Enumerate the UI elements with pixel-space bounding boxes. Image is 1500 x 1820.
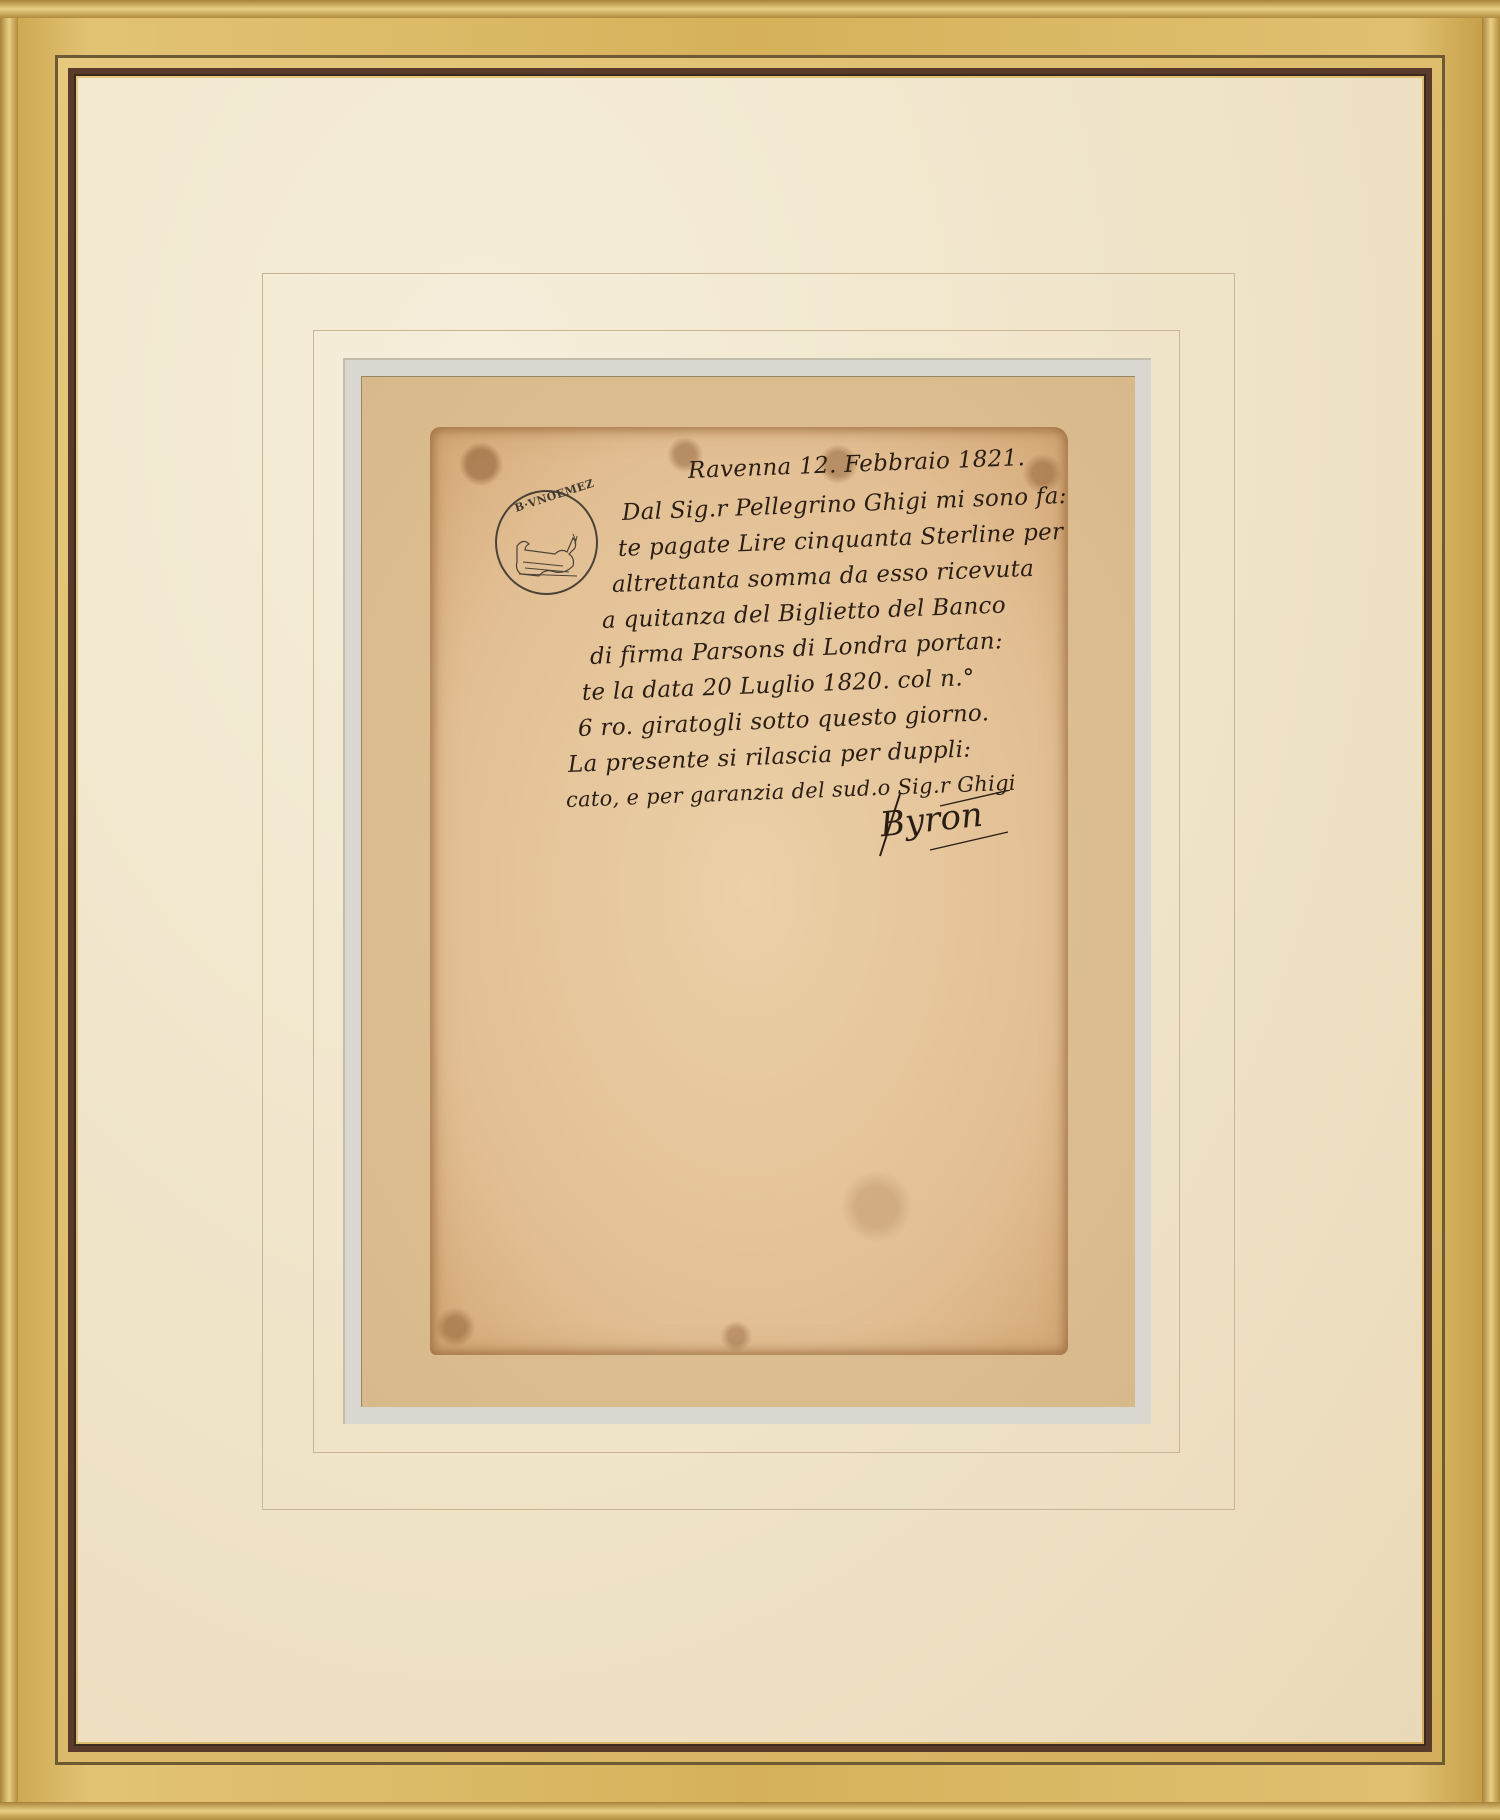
- seal-stamp: B·VNOEMEZ: [495, 490, 598, 595]
- frame-edge-bottom: [0, 1802, 1500, 1820]
- frame-edge-top: [0, 0, 1500, 18]
- reclining-figure-icon: [513, 532, 583, 578]
- frame-edge-left: [0, 0, 18, 1820]
- frame-edge-right: [1482, 0, 1500, 1820]
